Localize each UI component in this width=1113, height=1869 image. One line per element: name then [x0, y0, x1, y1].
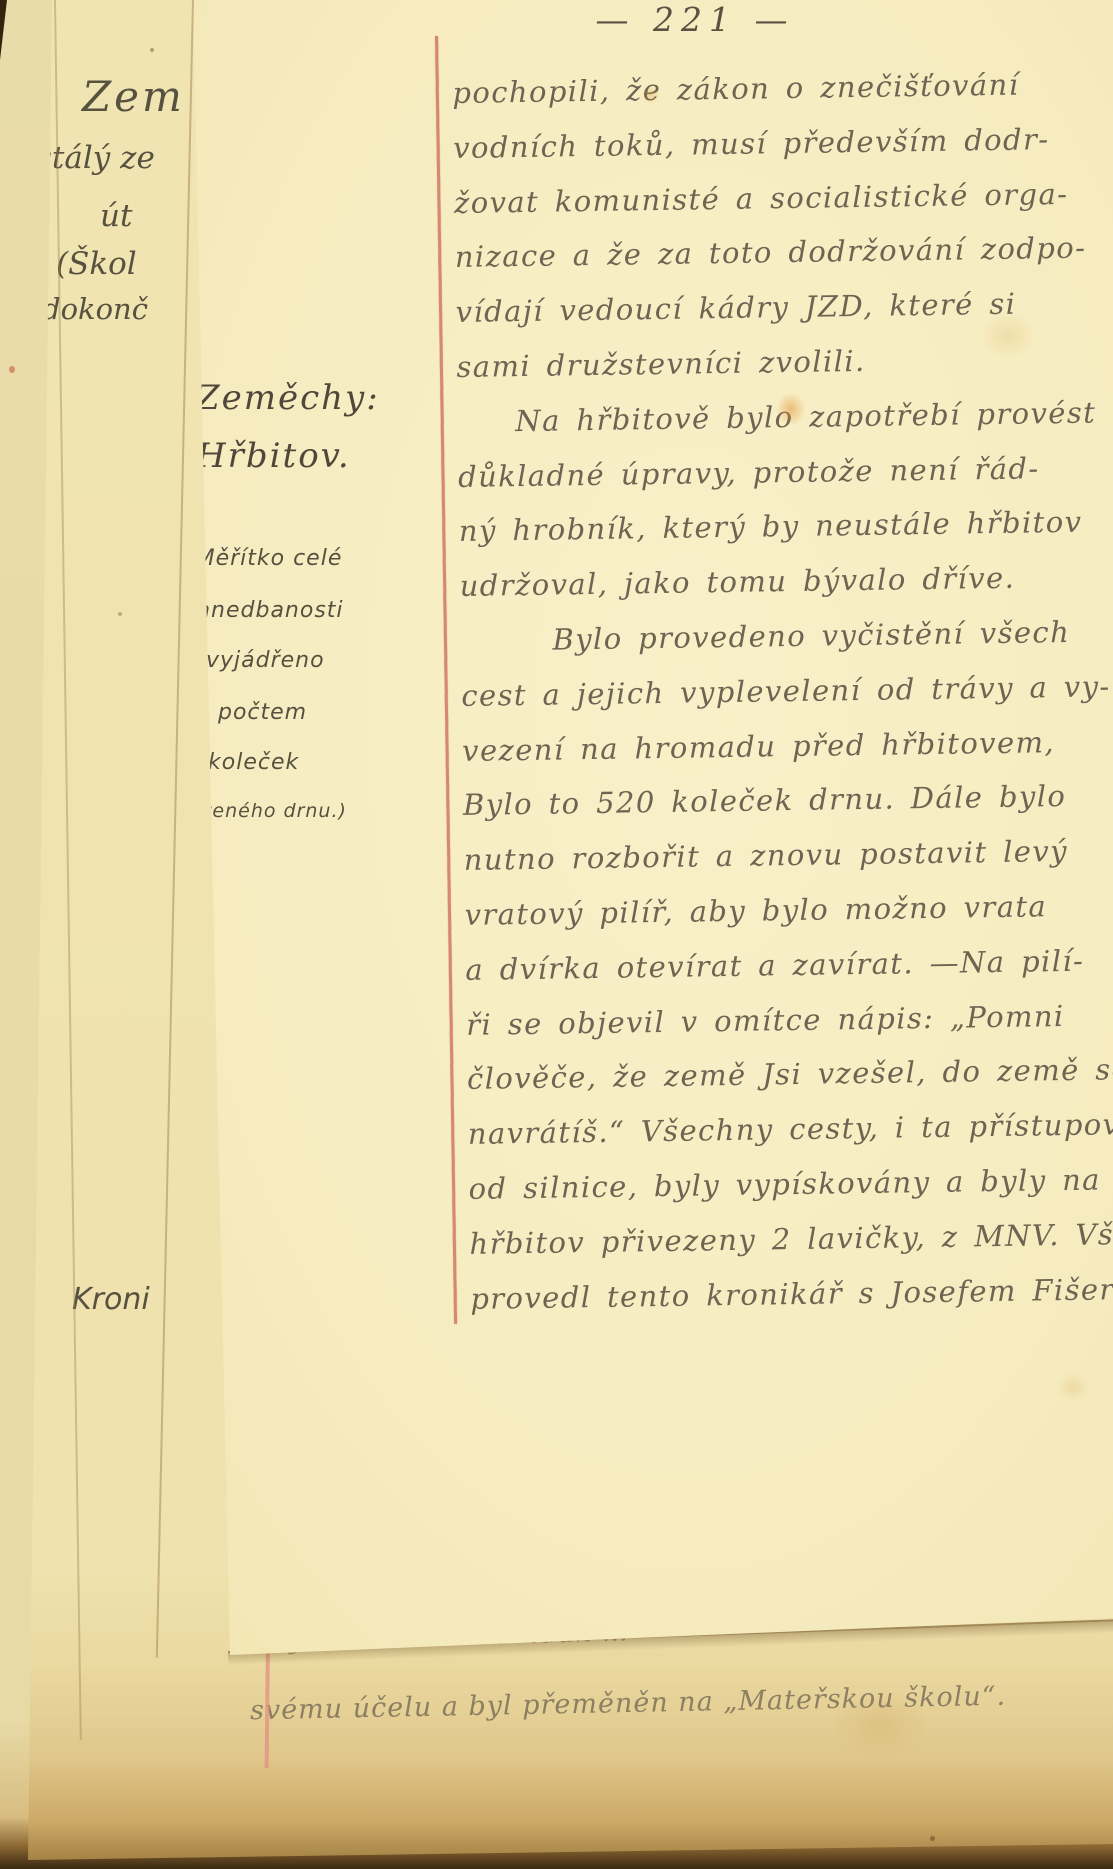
handwritten-line: Bylo to 520 koleček drnu. Dále bylo [463, 768, 1113, 833]
handwritten-line: nutno rozbořit a znovu postavit levý [463, 823, 1113, 888]
underlying-left-fragment-staly-ze: stálý ze [36, 140, 155, 176]
handwritten-line: udržoval, jako tomu bývalo dříve. [459, 549, 1113, 614]
handwritten-line: Bylo provedeno vyčistění všech [552, 604, 1113, 668]
underlying-left-fragment-kroni: Kroni [72, 1282, 150, 1317]
speck [930, 1836, 935, 1841]
handwritten-body: pochopili, že zákon o znečišťování vodní… [452, 56, 1113, 1326]
red-margin-line [435, 36, 457, 1324]
scanned-chronicle-page: { "page": { "number_label": "— 221 —" },… [0, 0, 1113, 1869]
page-number: — 221 — [575, 0, 815, 39]
handwritten-line: cest a jejich vyplevelení od trávy a vy- [461, 658, 1113, 723]
stain [830, 1690, 930, 1760]
handwritten-line: nizace a že za toto dodržování zodpo- [454, 220, 1113, 285]
stain [1056, 1372, 1090, 1402]
speck [150, 48, 154, 52]
margin-note-line: zanedbanosti [184, 598, 344, 623]
margin-note-line: vyjádřeno [206, 648, 325, 673]
handwritten-line: od silnice, byly vypískovány a byly na [468, 1152, 1113, 1217]
handwritten-line: člověče, že země Jsi vzešel, do země se [467, 1042, 1113, 1107]
stain [980, 312, 1036, 360]
speck [118, 612, 122, 616]
margin-note-line: (Měřítko celé [186, 546, 342, 571]
handwritten-line: vratový pilíř, aby bylo možno vrata [464, 878, 1113, 943]
handwritten-line: ři se objevil v omítce nápis: „Pomni [466, 987, 1113, 1052]
handwritten-line: důkladné úpravy, protože není řád- [458, 439, 1113, 504]
handwritten-line: vodních toků, musí především dodr- [453, 111, 1113, 176]
speck [9, 366, 15, 373]
margin-heading-hrbitov: Hřbitov. [196, 436, 351, 476]
handwritten-line: a dvírka otevírat a zavírat. —Na pilí- [465, 932, 1113, 997]
handwritten-line: vezení na hromadu před hřbitovem, [462, 713, 1113, 778]
margin-note-line: koleček [208, 750, 299, 775]
stain [642, 86, 660, 104]
handwritten-line: Na hřbitově bylo zapotřebí provést [515, 385, 1113, 449]
handwritten-line: pochopili, že zákon o znečišťování [452, 56, 1113, 121]
underlying-left-fragment-zem: Zem [82, 72, 185, 121]
stain [776, 392, 806, 426]
underlying-left-fragment-skol: (Škol [56, 246, 137, 282]
handwritten-line: hřbitov přivezeny 2 lavičky, z MNV. Všec… [469, 1206, 1113, 1271]
handwritten-line: žovat komunisté a socialistické orga- [454, 165, 1113, 230]
margin-heading-zemechy: Zeměchy: [196, 378, 380, 418]
handwritten-line: navrátíš.“ Všechny cesty, i ta přístupov… [467, 1097, 1113, 1162]
underlying-left-fragment-ut: út [100, 198, 132, 234]
margin-note-line: počtem [218, 700, 307, 725]
handwritten-line: provedl tento kronikář s Josefem Fišerem [470, 1261, 1113, 1326]
handwritten-line: ný hrobník, který by neustále hřbitov [459, 494, 1113, 559]
